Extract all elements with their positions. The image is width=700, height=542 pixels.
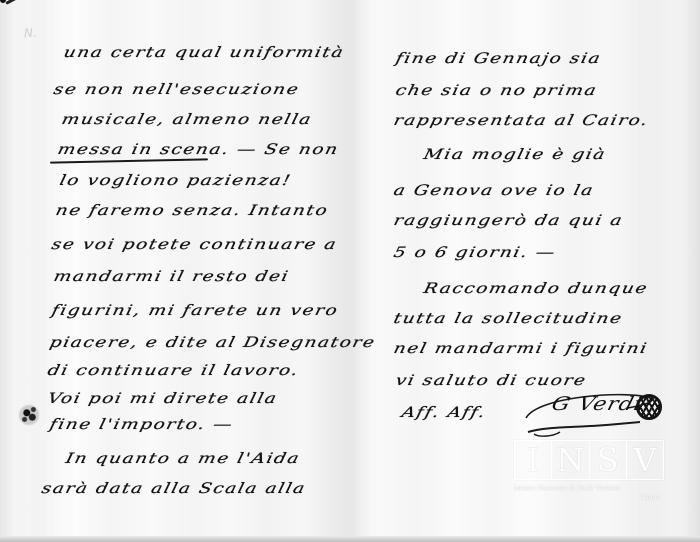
- watermark-city: Parma: [514, 492, 664, 501]
- handwritten-line: fine l'importo. —: [48, 417, 235, 433]
- handwritten-line: raggiungerò da qui a: [392, 213, 625, 229]
- handwritten-line: piacere, e dite al Disegnatore: [48, 335, 377, 351]
- handwritten-line: Voi poi mi direte alla: [46, 391, 279, 407]
- watermark-letter: N: [552, 441, 589, 479]
- faint-pencil-annotation: N.: [24, 26, 38, 41]
- handwritten-line: Aff. Aff.: [400, 405, 488, 421]
- handwritten-line: messa in scena. — Se non: [56, 142, 341, 158]
- monogram-seal-icon: [636, 394, 662, 420]
- handwritten-line: a Genova ove io la: [392, 183, 596, 199]
- handwritten-line: di continuare il lavoro.: [46, 363, 301, 379]
- ink-blot: [18, 404, 40, 426]
- handwritten-line: mandarmi il resto dei: [52, 269, 291, 285]
- handwritten-line: fine di Gennajo sia: [394, 51, 603, 67]
- corner-ink-mark: [5, 0, 36, 5]
- handwritten-line: Mia moglie è già: [422, 147, 608, 163]
- handwritten-line: figurini, mi farete un vero: [50, 303, 340, 319]
- handwritten-line: musicale, almeno nella: [60, 112, 314, 128]
- handwritten-line: tutta la sollecitudine: [392, 311, 625, 327]
- handwritten-line: nel mandarmi i figurini: [392, 341, 650, 357]
- handwritten-line: lo vogliono pazienza!: [58, 173, 293, 189]
- watermark-letter: S: [590, 441, 627, 479]
- handwritten-line: una certa qual uniformità: [62, 45, 346, 61]
- underline-stroke: [50, 158, 208, 163]
- handwritten-line: se non nell'esecuzione: [52, 82, 301, 98]
- handwritten-line: ne faremo senza. Intanto: [54, 203, 330, 219]
- handwritten-line: Raccomando dunque: [422, 281, 650, 297]
- handwritten-line: vi saluto di cuore: [394, 373, 588, 389]
- letter-page: N. una certa qual uniformità se non nell…: [0, 0, 700, 542]
- watermark-logo: I N S V: [514, 440, 664, 480]
- watermark-caption: Istituto Nazionale di Studi Verdiani: [514, 483, 664, 492]
- handwritten-line: In quanto a me l'Aida: [64, 451, 302, 467]
- handwritten-line: se voi potete continuare a: [50, 237, 339, 253]
- watermark-letter: I: [515, 441, 552, 479]
- handwritten-line: rappresentata al Cairo.: [392, 113, 650, 129]
- archive-watermark: I N S V Istituto Nazionale di Studi Verd…: [514, 440, 664, 512]
- handwritten-line: sarà data alla Scala alla: [40, 481, 308, 497]
- signature-name: G Verdi: [549, 394, 644, 415]
- handwritten-line: che sia o no prima: [394, 83, 599, 99]
- handwritten-line: 5 o 6 giorni. —: [392, 245, 558, 261]
- signature: G Verdi: [518, 388, 668, 440]
- watermark-letter: V: [627, 441, 663, 479]
